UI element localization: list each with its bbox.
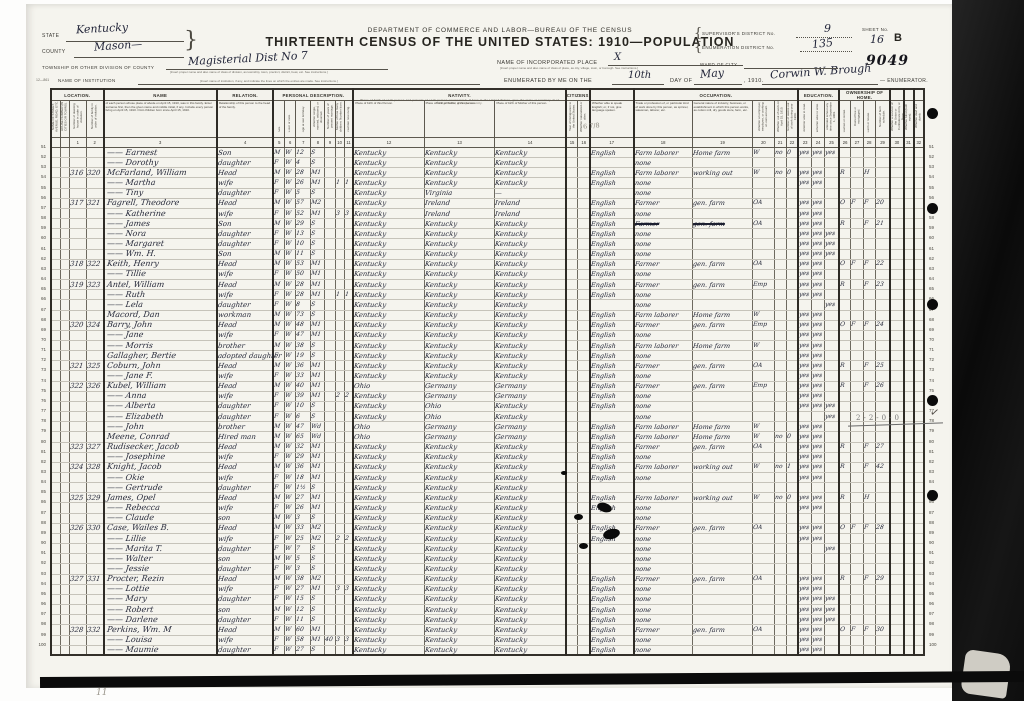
cell-industry: Home farm [692, 148, 753, 158]
cell-naturalized [578, 432, 590, 442]
cell-language: English [590, 422, 633, 432]
line-number: 100 [30, 640, 46, 650]
enumeration-field-line [800, 50, 852, 52]
institution-label: NAME OF INSTITUTION [58, 78, 116, 83]
cell-marital: M1 [311, 330, 325, 340]
handwritten-entry: W [285, 230, 292, 238]
cell-school [825, 168, 839, 178]
cell-home-owned [839, 422, 851, 432]
cell-birthplace-father: Ohio [424, 412, 495, 422]
table-row: Meene, ConradHired manMW65WdOhioGermanyG… [51, 432, 924, 442]
cell-house [60, 503, 69, 513]
cell-years-married [325, 208, 335, 218]
handwritten-entry: Kentucky [354, 250, 387, 258]
cell-farm-or-house: F [863, 198, 875, 208]
handwritten-entry: yes [799, 362, 810, 370]
cell-industry [692, 513, 753, 523]
cell-weeks-out [786, 249, 798, 259]
cell-blind [904, 594, 914, 604]
handwritten-entry: Kentucky [354, 626, 387, 634]
handwritten-entry: Kentucky [354, 646, 387, 654]
cell-read [798, 483, 811, 493]
handwritten-entry: 10 [296, 240, 305, 248]
cell-language: English [590, 310, 633, 320]
cell-language: English [590, 269, 633, 279]
handwritten-entry: yes [812, 270, 823, 278]
cell-family [86, 533, 103, 543]
handwritten-entry: daughter [217, 413, 250, 421]
cell-family: 326 [86, 381, 103, 391]
cell-industry [692, 401, 753, 411]
cell-birthplace: Kentucky [353, 229, 424, 239]
handwritten-entry: yes [799, 423, 810, 431]
cell-out-of-work [774, 513, 786, 523]
cell-children-born [335, 229, 344, 239]
handwritten-entry: —— Darlene [106, 616, 158, 624]
handwritten-entry: yes [799, 494, 810, 502]
handwritten-entry: Head [217, 494, 237, 502]
handwritten-entry: Head [217, 281, 237, 289]
cell-naturalized [578, 198, 590, 208]
handwritten-entry: Kentucky [354, 606, 387, 614]
handwritten-entry: F [274, 595, 279, 603]
handwritten-entry: 73 [296, 311, 305, 319]
cell-read: yes [798, 584, 811, 594]
cell-years-married [325, 249, 335, 259]
cell-birthplace-father: Kentucky [424, 371, 495, 381]
cell-birthplace-father: Germany [424, 422, 495, 432]
cell-sex: M [273, 513, 284, 523]
cell-name: —— Walter [104, 554, 217, 564]
cell-write: yes [812, 198, 825, 208]
handwritten-entry: yes [812, 362, 823, 370]
handwritten-entry: W [285, 575, 292, 583]
handwritten-entry: none [634, 250, 651, 258]
line-number: 97 [30, 609, 46, 619]
cell-language: English [590, 605, 633, 615]
handwritten-entry: English [591, 270, 617, 278]
cell-birthplace-mother: Kentucky [495, 401, 566, 411]
handwritten-entry: Kentucky [424, 149, 457, 157]
cell-employer-class [753, 371, 774, 381]
cell-farm-schedule [875, 533, 890, 543]
cell-color: W [285, 442, 296, 452]
cell-relation: daughter [217, 544, 274, 554]
handwritten-entry: 42 [875, 463, 884, 471]
handwritten-entry: M [274, 321, 281, 329]
handwritten-entry: yes [812, 606, 823, 614]
cell-farm-or-house: F [863, 361, 875, 371]
cell-children-living [344, 401, 353, 411]
handwritten-entry: Kentucky [424, 311, 457, 319]
line-number: 67 [30, 305, 46, 315]
cell-home-free: F [851, 198, 863, 208]
cell-children-born: 2 [335, 533, 344, 543]
handwritten-entry: 47 [296, 331, 305, 339]
section-header [590, 89, 633, 101]
cell-blind [904, 513, 914, 523]
cell-farm-schedule [875, 229, 890, 239]
line-number: 70 [929, 335, 943, 345]
cell-immigration-year [566, 594, 578, 604]
handwritten-entry: 33 [296, 372, 305, 380]
cell-years-married [325, 269, 335, 279]
hole-punch [927, 203, 938, 214]
handwritten-entry: Farmer [634, 321, 659, 329]
cell-civil-war-veteran [890, 178, 903, 188]
cell-occupation: none [634, 412, 693, 422]
column-number: 18 [634, 138, 693, 148]
handwritten-entry: none [634, 270, 651, 278]
handwritten-entry: W [285, 616, 292, 624]
cell-relation: wife [217, 269, 274, 279]
line-number: 80 [30, 437, 46, 447]
cell-dwelling: 325 [69, 493, 86, 503]
cell-naturalized [578, 503, 590, 513]
column-number: 17 [590, 138, 633, 148]
column-number: 3 [104, 138, 217, 148]
cell-color: W [285, 645, 296, 655]
handwritten-entry: F [863, 575, 868, 583]
cell-street [51, 320, 60, 330]
handwritten-entry: yes [812, 179, 823, 187]
cell-street [51, 239, 60, 249]
handwritten-entry: 15 [296, 595, 305, 603]
handwritten-entry: yes [812, 281, 823, 289]
cell-civil-war-veteran [890, 473, 903, 483]
handwritten-entry: 58 [296, 636, 305, 644]
cell-school [825, 574, 839, 584]
handwritten-entry: yes [825, 413, 836, 421]
cell-sex: F [273, 158, 284, 168]
cell-employer-class: OA [753, 198, 774, 208]
cell-farm-schedule [875, 554, 890, 564]
handwritten-entry: wife [217, 585, 233, 593]
cell-immigration-year [566, 310, 578, 320]
line-number: 84 [929, 477, 943, 487]
cell-farm-schedule: 25 [875, 361, 890, 371]
cell-civil-war-veteran [890, 462, 903, 472]
cell-years-married [325, 493, 335, 503]
cell-farm-or-house: F [863, 462, 875, 472]
handwritten-entry: 1 [786, 463, 791, 471]
cell-naturalized [578, 148, 590, 158]
cell-marital: M1 [311, 462, 325, 472]
cell-children-born [335, 158, 344, 168]
handwritten-entry: Head [217, 169, 237, 177]
cell-deaf [914, 168, 924, 178]
handwritten-entry: W [285, 494, 292, 502]
column-number [51, 138, 60, 148]
handwritten-entry: Kentucky [495, 331, 528, 339]
handwritten-entry: —— Josephine [106, 453, 165, 461]
cell-dwelling [69, 300, 86, 310]
cell-civil-war-veteran [890, 452, 903, 462]
cell-industry: gen. farm [692, 523, 753, 533]
cell-marital: Wd [311, 422, 325, 432]
cell-employer-class [753, 513, 774, 523]
handwritten-entry: yes [799, 281, 810, 289]
cell-employer-class: OA [753, 259, 774, 269]
cell-school [825, 351, 839, 361]
cell-civil-war-veteran [890, 564, 903, 574]
cell-civil-war-veteran [890, 584, 903, 594]
cell-home-owned [839, 290, 851, 300]
cell-write: yes [812, 340, 825, 350]
cell-language: English [590, 371, 633, 381]
column-number: 19 [692, 138, 753, 148]
cell-farm-schedule [875, 391, 890, 401]
cell-blind [904, 239, 914, 249]
handwritten-entry: F [274, 189, 279, 197]
cell-children-living [344, 320, 353, 330]
cell-birthplace: Kentucky [353, 361, 424, 371]
cell-industry: gen. farm [692, 442, 753, 452]
cell-home-owned: R [839, 381, 851, 391]
cell-family [86, 615, 103, 625]
cell-birthplace: Kentucky [353, 533, 424, 543]
cell-naturalized [578, 574, 590, 584]
handwritten-entry: 13 [296, 230, 305, 238]
cell-occupation: none [634, 635, 693, 645]
cell-industry [692, 229, 753, 239]
cell-farm-schedule: 20 [875, 198, 890, 208]
handwritten-entry: W [285, 199, 292, 207]
cell-children-born [335, 198, 344, 208]
handwritten-entry: Kentucky [354, 575, 387, 583]
column-number: 22 [786, 138, 798, 148]
handwritten-entry: W [285, 321, 292, 329]
cell-family [86, 351, 103, 361]
handwritten-entry: yes [799, 250, 810, 258]
cell-blind [904, 351, 914, 361]
cell-street [51, 269, 60, 279]
column-label-read: Whether able to read. [798, 101, 811, 138]
cell-language: English [590, 442, 633, 452]
cell-blind [904, 554, 914, 564]
cell-children-living [344, 249, 353, 259]
cell-farm-schedule [875, 645, 890, 655]
cell-sex: F [273, 452, 284, 462]
line-number: 64 [30, 274, 46, 284]
cell-age: 6 [296, 412, 311, 422]
cell-house [60, 168, 69, 178]
cell-home-owned: R [839, 574, 851, 584]
cell-weeks-out [786, 503, 798, 513]
cell-birthplace-mother: Kentucky [495, 462, 566, 472]
handwritten-entry: M1 [311, 362, 322, 370]
cell-marital: M1 [311, 269, 325, 279]
cell-relation: wife [217, 290, 274, 300]
cell-employer-class [753, 473, 774, 483]
cell-employer-class [753, 208, 774, 218]
cell-children-born [335, 168, 344, 178]
cell-birthplace: Kentucky [353, 615, 424, 625]
cell-children-living [344, 412, 353, 422]
handwritten-entry: Kentucky [424, 301, 457, 309]
cell-farm-schedule: 23 [875, 280, 890, 290]
cell-name: Antel, William [104, 280, 217, 290]
handwritten-entry: workman [217, 311, 251, 319]
cell-street [51, 594, 60, 604]
cell-weeks-out [786, 523, 798, 533]
cell-school: yes [825, 229, 839, 239]
cell-school: yes [825, 544, 839, 554]
cell-industry [692, 391, 753, 401]
cell-dwelling: 324 [69, 462, 86, 472]
line-number: 82 [30, 457, 46, 467]
handwritten-entry: Kentucky [495, 250, 528, 258]
cell-deaf [914, 219, 924, 229]
cell-out-of-work [774, 574, 786, 584]
line-number: 70 [30, 335, 46, 345]
cell-children-living [344, 594, 353, 604]
cell-civil-war-veteran [890, 533, 903, 543]
handwritten-entry: S [311, 240, 316, 248]
cell-home-owned [839, 432, 851, 442]
cell-language [590, 412, 633, 422]
handwritten-entry: none [634, 535, 651, 543]
handwritten-entry: —— Martha [106, 179, 155, 187]
handwritten-entry: yes [799, 199, 810, 207]
cell-marital: M1 [311, 452, 325, 462]
handwritten-entry: gen. farm [692, 199, 725, 207]
column-number: 4 [217, 138, 274, 148]
cell-weeks-out [786, 574, 798, 584]
cell-birthplace: Kentucky [353, 513, 424, 523]
handwritten-entry: yes [812, 402, 823, 410]
cell-immigration-year [566, 432, 578, 442]
cell-civil-war-veteran [890, 554, 903, 564]
handwritten-entry: none [634, 301, 651, 309]
handwritten-entry: English [591, 169, 617, 177]
cell-home-free [851, 635, 863, 645]
table-row: —— RuthwifeFW28M111KentuckyKentuckyKentu… [51, 290, 924, 300]
line-number: 98 [30, 619, 46, 629]
cell-school [825, 432, 839, 442]
cell-birthplace-father: Kentucky [424, 564, 495, 574]
handwritten-entry: S [311, 595, 316, 603]
cell-birthplace-father: Kentucky [424, 605, 495, 615]
cell-birthplace-mother: Kentucky [495, 645, 566, 655]
line-number: 74 [929, 376, 943, 386]
cell-dwelling [69, 178, 86, 188]
handwritten-entry: gen. farm [692, 220, 725, 228]
cell-blind [904, 208, 914, 218]
handwritten-entry: wife [217, 453, 233, 461]
column-number: 2 [86, 138, 103, 148]
cell-birthplace-mother: Kentucky [495, 148, 566, 158]
cell-immigration-year [566, 564, 578, 574]
handwritten-entry: W [753, 423, 760, 431]
cell-marital: Wd [311, 432, 325, 442]
cell-sex: M [273, 198, 284, 208]
cell-home-free [851, 513, 863, 523]
cell-street [51, 259, 60, 269]
cell-children-living [344, 280, 353, 290]
handwritten-entry: yes [799, 433, 810, 441]
column-label-name: of each person whose place of abode on A… [104, 101, 217, 138]
cell-out-of-work [774, 320, 786, 330]
cell-sex: F [273, 645, 284, 655]
cell-children-living: 2 [344, 391, 353, 401]
handwritten-entry: 1½ [296, 484, 307, 492]
cell-relation: wife [217, 371, 274, 381]
handwritten-entry: 38 [296, 575, 305, 583]
cell-weeks-out [786, 178, 798, 188]
handwritten-entry: Farmer [634, 199, 659, 207]
cell-children-living [344, 148, 353, 158]
cell-birthplace-father: Kentucky [424, 239, 495, 249]
handwritten-entry: W [285, 514, 292, 522]
handwritten-entry: Kentucky [495, 301, 528, 309]
handwritten-entry: Kentucky [495, 535, 528, 543]
handwritten-entry: W [285, 392, 292, 400]
handwritten-entry: yes [799, 321, 810, 329]
cell-occupation: none [634, 269, 693, 279]
cell-write: yes [812, 442, 825, 452]
handwritten-entry: 27 [296, 494, 305, 502]
cell-children-living [344, 574, 353, 584]
cell-read: yes [798, 290, 811, 300]
cell-years-married [325, 412, 335, 422]
line-number: 61 [30, 244, 46, 254]
handwritten-entry: yes [825, 230, 836, 238]
cell-read: yes [798, 594, 811, 604]
cell-birthplace: Kentucky [353, 330, 424, 340]
cell-naturalized [578, 391, 590, 401]
cell-out-of-work [774, 280, 786, 290]
handwritten-entry: Home farm [692, 311, 730, 319]
cell-deaf [914, 584, 924, 594]
cell-dwelling: 322 [69, 381, 86, 391]
cell-write: yes [812, 584, 825, 594]
cell-years-married [325, 280, 335, 290]
cell-industry: working out [692, 462, 753, 472]
cell-birthplace-mother: — [495, 188, 566, 198]
cell-occupation: none [634, 554, 693, 564]
handwritten-entry: yes [799, 342, 810, 350]
handwritten-entry: Kentucky [424, 585, 457, 593]
cell-relation: wife [217, 452, 274, 462]
handwritten-entry: gen. farm [692, 626, 725, 634]
cell-street [51, 381, 60, 391]
cell-occupation: Farmer [634, 625, 693, 635]
handwritten-entry: F [863, 626, 868, 634]
cell-name: James, Opel [104, 493, 217, 503]
cell-out-of-work [774, 452, 786, 462]
cell-out-of-work [774, 178, 786, 188]
handwritten-entry: son [217, 606, 230, 614]
cell-employer-class [753, 330, 774, 340]
hole-punch [927, 299, 938, 310]
handwritten-entry: M2 [311, 524, 322, 532]
cell-school [825, 473, 839, 483]
cell-years-married [325, 503, 335, 513]
handwritten-entry: Kentucky [424, 331, 457, 339]
cell-immigration-year [566, 229, 578, 239]
cell-birthplace: Ohio [353, 422, 424, 432]
cell-color: W [285, 310, 296, 320]
cell-employer-class: Emp [753, 381, 774, 391]
cell-dwelling [69, 533, 86, 543]
handwritten-entry: 32 [296, 443, 305, 451]
cell-deaf [914, 351, 924, 361]
handwritten-entry: 319 [69, 281, 83, 289]
cell-occupation: Farmer [634, 381, 693, 391]
handwritten-entry: 52 [296, 210, 305, 218]
cell-street [51, 229, 60, 239]
